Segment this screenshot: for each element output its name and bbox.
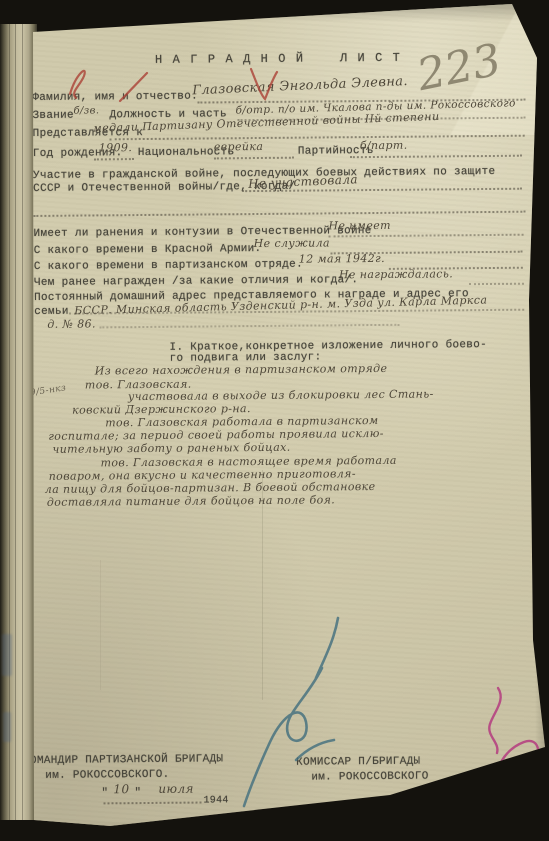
document-title: Н А Г Р А Д Н О Й Л И С Т [155,51,402,67]
document-content: Н А Г Р А Д Н О Й Л И С Т 223 Фамилия, и… [0,0,549,841]
dotted-leader [110,135,525,141]
address-label-2: семьи [34,306,69,318]
rank-value: б/зв. [73,105,99,116]
handwritten-line: доставляла питание для бойцов на поле бо… [47,493,335,509]
address-value-2: д. № 86. [47,317,96,330]
dotted-leader [329,234,524,238]
handwritten-line: участвовала в выходе из блокировки лес С… [128,387,434,403]
dotted-leader [33,211,525,217]
award-sheet-paper: Н А Г Р А Д Н О Й Л И С Т 223 Фамилия, и… [0,0,549,841]
commissar-title-2: им. РОКОССОВСКОГО [311,771,428,784]
ink-smudge [2,634,12,676]
dotted-leader [350,155,522,159]
page-edge-line [9,24,10,820]
date-year: 1944 [203,795,228,806]
dotted-leader [214,157,294,160]
red-army-label: С какого времени в Красной Армии. [34,243,262,257]
date-month-value: июля [158,782,194,796]
commissar-title-1: КОМИССАР П/БРИГАДЫ [296,756,420,769]
birth-value: 1909. [99,141,133,154]
dotted-leader [104,802,202,805]
surname-value: Глазовская Энгольда Элевна. [192,74,408,98]
date-quote-open: " [101,787,108,799]
rank-label: Звание [32,110,74,122]
ink-smudge [3,712,11,742]
page-edge-line [22,24,23,820]
handwritten-line: Из всего нахождения в партизанском отряд… [95,362,388,378]
dotted-leader [99,324,399,329]
commander-title-1: КОМАНДИР ПАРТИЗАНСКОЙ БРИГАДЫ [23,753,223,767]
awards-value: Не награждалась. [339,267,453,281]
party-value: б/парт. [360,139,408,152]
scanned-award-document: Н А Г Р А Д Н О Й Л И С Т 223 Фамилия, и… [0,0,549,841]
book-binding-edge [0,24,37,820]
handwritten-line: чительную заботу о раненых бойцах. [52,441,290,456]
partisan-label: С какого времени в партизанском отряде. [34,259,303,273]
nationality-value: еврейка [214,140,264,153]
commander-title-2: им. РОКОССОВСКОГО. [45,769,169,782]
date-quote-close: " [134,787,141,799]
date-day-value: 10 [113,782,129,796]
margin-note: 9/5-нкз [29,383,67,398]
page-number-pencil: 223 [413,34,505,101]
page-edge-line [15,24,16,820]
wounds-value: Не имеет [328,219,391,233]
surname-label: Фамилия, имя и отчество. [32,91,198,104]
awards-label: Чем ранее награжден /за какие отличия и … [34,274,358,289]
red-army-value: Не служила [254,236,330,250]
dotted-leader [469,283,524,285]
dotted-leader [94,158,134,160]
partisan-value: 12 мая 1942г. [299,252,385,266]
